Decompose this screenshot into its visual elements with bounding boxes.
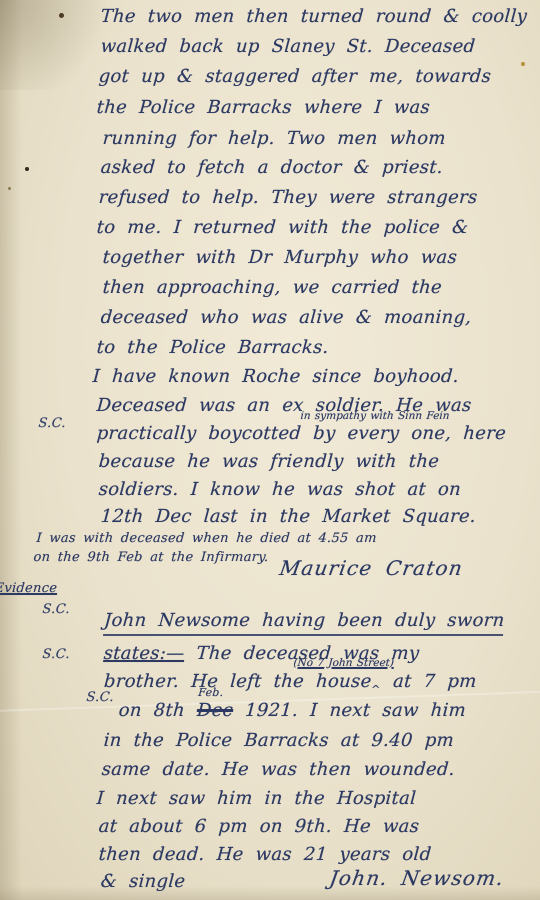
manuscript-line: the Police Barracks where I was [96,97,431,118]
manuscript-line: on 8th DecFeb. 1921. I next saw him [118,700,467,721]
manuscript-line: to the Police Barracks. [96,337,329,358]
manuscript-line: walked back up Slaney St. Deceased [100,36,476,57]
manuscript-line: soldiers. I know he was shot at on [98,479,462,500]
manuscript-line: asked to fetch a doctor & priest. [100,157,444,178]
ink-speck [25,167,29,171]
insertion-caret: ^ [371,683,381,696]
manuscript-line: same date. He was then wounded. [101,759,456,780]
witness-signature: Maurice Craton [278,556,465,580]
manuscript-line: The two men then turned round & coolly [100,6,528,27]
manuscript-line: refused to help. They were strangers [98,187,478,208]
manuscript-line: got up & staggered after me, towards [98,66,492,87]
manuscript-line: because he was friendly with the [98,451,440,472]
manuscript-line: 12th Dec last in the Market Square. [100,506,477,527]
states-word: states:— [103,643,185,664]
manuscript-line: running for help. Two men whom [102,128,447,149]
heading-text: John Newsome having been duly sworn [103,610,505,636]
manuscript-line: at about 6 pm on 9th. He was [98,816,420,837]
manuscript-line: & single [100,871,186,892]
manuscript-line: brother. He left the house^ at 7 pm [103,671,477,696]
manuscript-line: together with Dr Murphy who was [102,247,458,268]
margin-initials: S.C. [42,647,70,662]
manuscript-line: then dead. He was 21 years old [98,844,432,865]
line-date-post: 1921. I next saw him [232,700,466,721]
ink-speck [521,62,525,66]
struck-word: DecFeb. [196,700,234,721]
margin-initials: S.C. [42,602,70,617]
manuscript-line: deceased who was alive & moaning, [100,307,472,328]
ink-speck [8,187,11,190]
manuscript-line: practically boycotted by every one, here [96,423,507,444]
manuscript-line: I have known Roche since boyhood. [92,366,460,387]
line-date-pre: on 8th [118,700,198,721]
line-house-post: at 7 pm [392,671,477,692]
ink-speck [59,13,64,18]
manuscript-line-small: I was with deceased when he died at 4.55… [36,531,377,546]
manuscript-line: I next saw him in the Hospital [96,788,417,809]
manuscript-line: to me. I returned with the police & [96,217,469,238]
witness-signature: John. Newsom. [328,866,506,890]
date-correction: Feb. [198,686,224,699]
margin-evidence-label: Evidence [0,581,58,596]
interline-insertion: in sympathy with Sinn Fein [300,410,450,422]
manuscript-page: { "page": { "type": "handwritten witness… [0,0,540,900]
statement-heading: John Newsome having been duly sworn [103,610,505,636]
address-insertion: (No 7 John Street) [293,657,394,669]
paper-edge-shading [0,0,22,900]
manuscript-line-small: on the 9th Feb at the Infirmary. [33,550,269,565]
struck-word-text: Dec [196,700,234,721]
manuscript-line: then approaching, we carried the [102,277,443,298]
margin-initials: S.C. [38,416,66,431]
line-house-pre: brother. He left the house [103,671,372,692]
manuscript-line: in the Police Barracks at 9.40 pm [103,730,455,751]
